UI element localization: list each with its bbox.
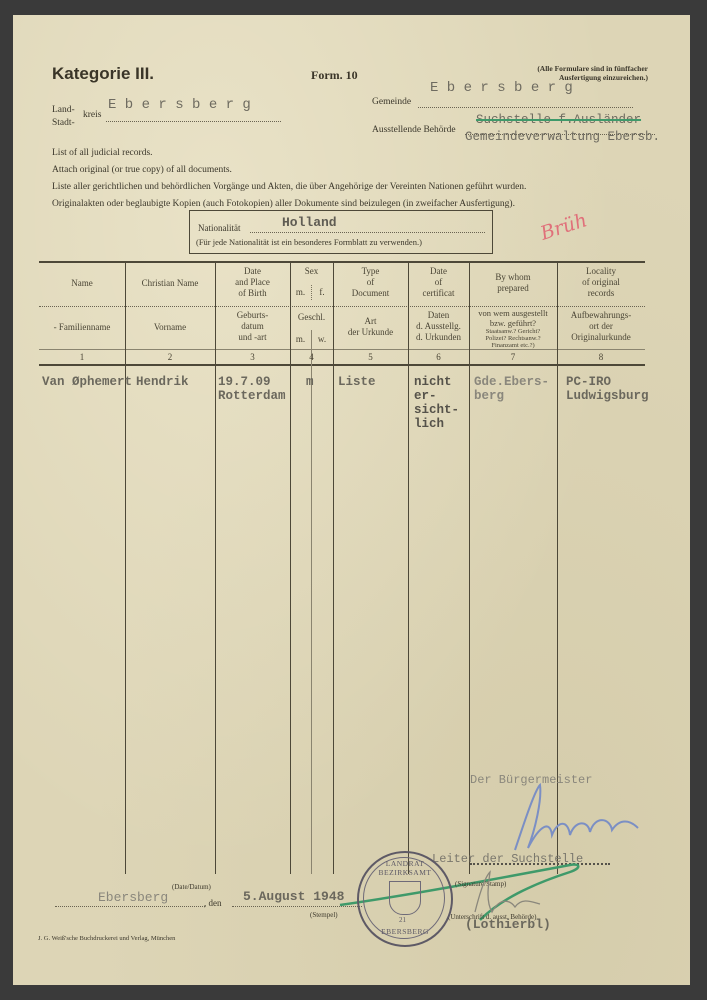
col-num: 1 [39,352,125,363]
cell-sex: m [306,375,314,389]
land-label: Land- [52,104,75,117]
behoerde-struck-value: Suchstelle f.Ausländer [476,113,641,127]
cell-christian-name: Hendrik [136,375,189,389]
col-header-birth: Date and Place of Birth [215,266,290,299]
kreis-value: E b e r s b e r g [108,97,251,113]
place-field[interactable] [55,906,205,907]
seal-text-top: LANDRAT BEZIRKSAMT [371,859,439,877]
col-header-geschl-w: w. [311,334,333,345]
cell-doc-type: Liste [338,375,376,389]
cell-prepared-by: Gde.Ebers- berg [474,375,549,403]
nationality-box: Nationalität Holland (Für jede Nationali… [189,210,493,254]
col-header-prepared-by: By whom prepared [469,272,557,294]
table-num-divider [39,349,645,350]
col-num: 2 [125,352,215,363]
col-header-sex: Sex [290,266,333,277]
seal-text-bottom: EBERSBERG [373,927,437,936]
col-header-sex-m: m. [290,287,311,298]
nationality-label: Nationalität [198,223,241,233]
gemeinde-label: Gemeinde [372,97,411,107]
col-header-locality: Locality of original records [557,266,645,299]
instruction-line: Attach original (or true copy) of all do… [52,162,692,179]
date-value: 5.August 1948 [243,889,344,904]
nationality-value: Holland [282,215,337,230]
land-stadt-label: Land- Stadt- [52,104,75,130]
col-num: 6 [408,352,469,363]
instructions: List of all judicial records. Attach ori… [52,145,692,213]
kreis-field[interactable] [106,121,281,122]
stamp-label: (Stempel) [310,911,338,919]
cell-locality: PC-IRO Ludwigsburg [566,375,649,403]
col-num: 8 [557,352,645,363]
col-header-von-wem-detail: Staatsanw.? Gericht? Polizei? Rechtsanw.… [469,328,557,349]
col-header-geschl: Geschl. [290,312,333,323]
nationality-note: (Für jede Nationalität ist ein besondere… [196,237,422,247]
printer-imprint: J. G. Weiß'sche Buchdruckerei und Verlag… [38,935,175,942]
col-header-name: Name [39,278,125,289]
kreis-label: kreis [83,110,101,120]
col-header-geburt: Geburts- datum und -art [215,310,290,343]
col-num: 7 [469,352,557,363]
col-header-sex-f: f. [311,287,333,298]
stadt-label: Stadt- [52,117,75,130]
col-header-daten: Daten d. Ausstellg. d. Urkunden [408,310,469,343]
col-header-geschl-m: m. [290,334,311,345]
gemeinde-field[interactable] [418,107,633,108]
official-seal: LANDRAT BEZIRKSAMT 21 EBERSBERG [357,851,453,947]
table-header-bottom [39,364,645,366]
coat-of-arms-icon [389,881,421,915]
col-header-familienname: - Familienname [39,322,125,333]
cell-birth: 19.7.09 Rotterdam [218,375,286,403]
gemeinde-value: E b e r s b e r g [430,80,573,96]
col-num: 3 [215,352,290,363]
sex-sub-divider [311,330,312,874]
nationality-field[interactable] [250,232,485,233]
behoerde-label: Ausstellende Behörde [372,125,456,135]
col-header-von-wem: von wem ausgestellt bzw. geführt? [469,308,557,328]
col-header-aufbewahrung: Aufbewahrungs- ort der Originalurkunde [557,310,645,343]
place-value: Ebersberg [98,890,168,905]
date-label: (Date/Datum) [172,883,211,891]
cell-name: Van Øphemert [42,375,132,389]
behoerde-value: Gemeindeverwaltung Ebersb. [465,130,660,144]
form-number: Form. 10 [311,68,358,83]
col-header-vorname: Vorname [125,322,215,333]
col-header-doc-type: Type of Document [333,266,408,299]
col-num: 5 [333,352,408,363]
table-top-border [39,261,645,263]
col-header-christian-name: Christian Name [125,278,215,289]
signer-signature [470,862,560,922]
cell-cert-date: nicht er- sicht- lich [414,375,459,431]
col-header-art: Art der Urkunde [333,316,408,338]
category-title: Kategorie III. [52,64,154,84]
note-line-1: (Alle Formulare sind in fünffacher [470,64,648,73]
seal-number: 21 [399,916,406,924]
col-header-cert-date: Date of certificat [408,266,469,299]
instruction-line: List of all judicial records. [52,145,692,162]
date-field[interactable] [232,906,362,907]
instruction-line: Liste aller gerichtlichen und behördlich… [52,179,692,196]
col-num: 4 [290,352,333,363]
den-label: , den [204,898,222,908]
